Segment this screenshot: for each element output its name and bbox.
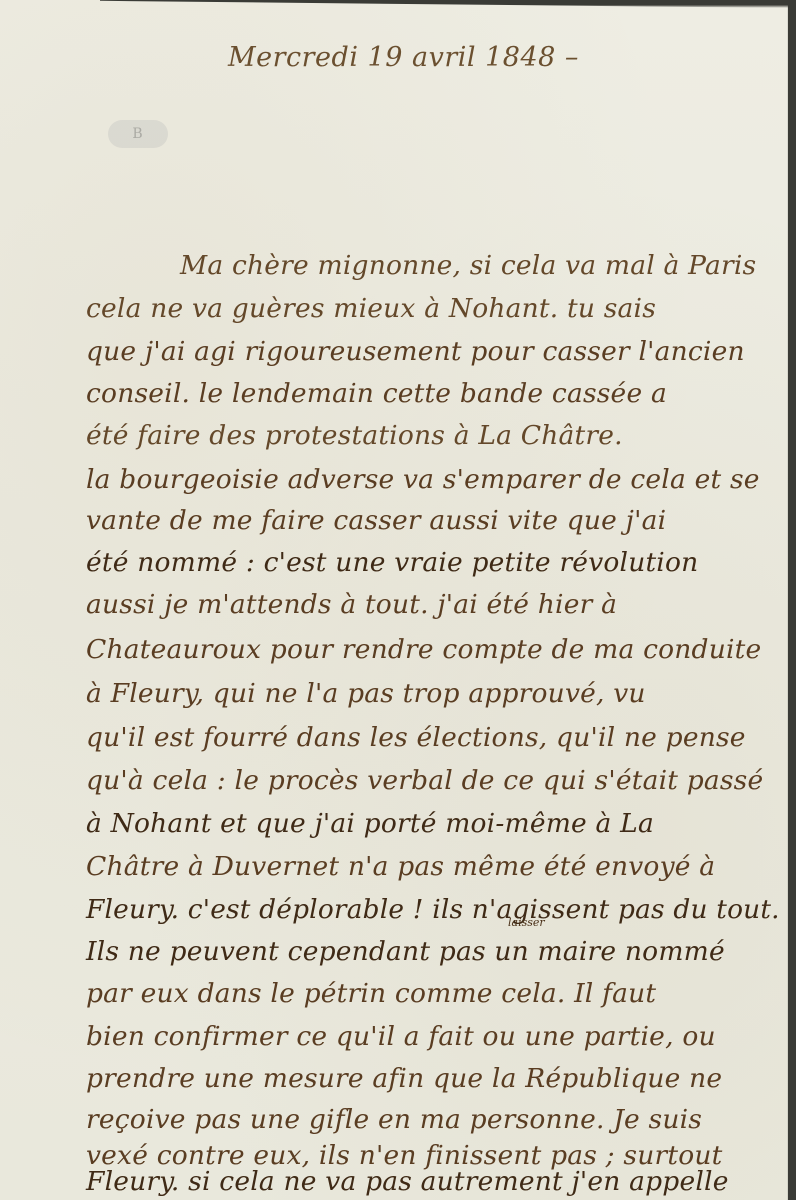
letter-line-3: que j'ai agi rigoureusement pour casser …	[86, 336, 745, 367]
letter-line-1: Ma chère mignonne, si cela va mal à Pari…	[180, 250, 756, 281]
bleed-through-text	[560, 60, 760, 110]
letter-line-8: été nommé : c'est une vraie petite révol…	[86, 547, 698, 578]
letter-line-12: qu'il est fourré dans les élections, qu'…	[86, 722, 746, 753]
letter-line-13: qu'à cela : le procès verbal de ce qui s…	[86, 765, 763, 796]
letter-page: B Mercredi 19 avril 1848 – Ma chère mign…	[0, 0, 788, 1200]
letter-line-14: à Nohant et que j'ai porté moi-même à La	[86, 808, 654, 839]
letter-line-16: Fleury. c'est déplorable ! ils n'agissen…	[86, 894, 780, 925]
letter-line-6: la bourgeoisie adverse va s'emparer de c…	[86, 464, 760, 495]
embossed-stamp: B	[108, 120, 168, 148]
letter-line-19: bien confirmer ce qu'il a fait ou une pa…	[86, 1021, 716, 1052]
letter-line-17: Ils ne peuvent cependant pas un maire no…	[86, 936, 725, 967]
interlinear-insertion: laisser	[508, 916, 545, 929]
letter-line-10: Chateauroux pour rendre compte de ma con…	[86, 634, 761, 665]
letter-line-18: par eux dans le pétrin comme cela. Il fa…	[86, 978, 656, 1009]
letter-line-15: Châtre à Duvernet n'a pas même été envoy…	[86, 851, 715, 882]
letter-line-7: vante de me faire casser aussi vite que …	[86, 505, 666, 536]
letter-line-4: conseil. le lendemain cette bande cassée…	[86, 378, 667, 409]
letter-line-2: cela ne va guères mieux à Nohant. tu sai…	[86, 293, 656, 324]
letter-line-21: reçoive pas une gifle en ma personne. Je…	[86, 1104, 702, 1135]
letter-line-23: Fleury. si cela ne va pas autrement j'en…	[86, 1166, 729, 1197]
letter-line-11: à Fleury, qui ne l'a pas trop approuvé, …	[86, 678, 646, 709]
date-heading: Mercredi 19 avril 1848 –	[228, 42, 579, 73]
letter-line-9: aussi je m'attends à tout. j'ai été hier…	[86, 589, 617, 620]
letter-line-5: été faire des protestations à La Châtre.	[86, 420, 623, 451]
letter-line-20: prendre une mesure afin que la Républiqu…	[86, 1063, 722, 1094]
